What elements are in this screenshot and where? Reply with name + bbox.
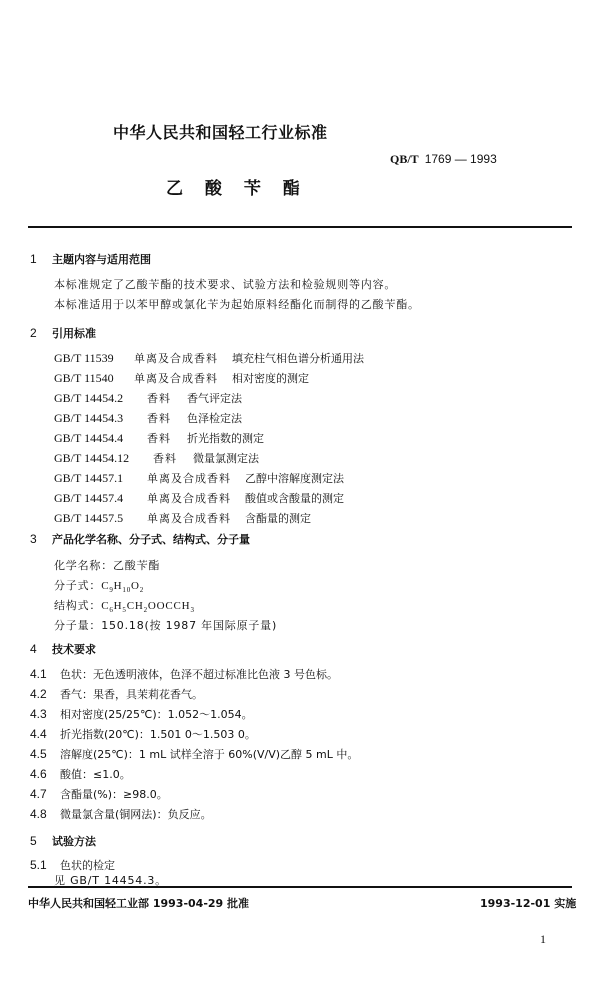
requirement-item: 4.5溶解度(25℃)：1 mL 试样全溶于 60%(V/V)乙醇 5 mL 中… [30, 746, 358, 762]
subsection-5-1: 5.1色状的检定 [30, 857, 115, 873]
ref-code: GB/T 14454.12 [54, 451, 153, 466]
ref-category: 单离及合成香料 [147, 470, 245, 486]
section-number: 4 [30, 642, 52, 656]
item-text: 折光指数(20℃)：1.501 0～1.503 0。 [60, 728, 256, 741]
section-1-paragraph-2: 本标准适用于以苯甲醇或氯化苄为起始原料经酯化而制得的乙酸苄酯。 [54, 296, 420, 312]
requirement-item: 4.2香气：果香，具茉莉花香气。 [30, 686, 203, 702]
document-title: 乙 酸 苄 酯 [166, 174, 308, 199]
section-title: 引用标准 [52, 327, 96, 340]
reference-item: GB/T 14454.3香料色泽检定法 [54, 410, 242, 426]
item-text: 相对密度(25/25℃)：1.052～1.054。 [60, 708, 253, 721]
label: 化学名称： [54, 559, 113, 572]
effective-date: 1993-12-01 实施 [480, 895, 576, 911]
ref-code: GB/T 11539 [54, 351, 134, 366]
ref-code: GB/T 14454.2 [54, 391, 147, 406]
ref-category: 香料 [153, 450, 193, 466]
reference-item: GB/T 14454.4香料折光指数的测定 [54, 430, 264, 446]
value: 乙酸苄酯 [113, 559, 160, 572]
ref-code: GB/T 14454.3 [54, 411, 147, 426]
header-divider [28, 226, 572, 228]
item-title: 色状的检定 [60, 859, 115, 872]
section-title: 主题内容与适用范围 [52, 253, 151, 266]
section-number: 1 [30, 252, 52, 266]
item-number: 5.1 [30, 858, 60, 872]
section-number: 5 [30, 834, 52, 848]
item-number: 4.7 [30, 787, 60, 801]
footer-divider [28, 886, 572, 888]
item-number: 4.8 [30, 807, 60, 821]
item-text: 微量氯含量(铜网法)：负反应。 [60, 808, 212, 821]
section-number: 3 [30, 532, 52, 546]
reference-item: GB/T 11539单离及合成香料填充柱气相色谱分析通用法 [54, 350, 364, 366]
ref-code: GB/T 11540 [54, 371, 134, 386]
section-title: 试验方法 [52, 835, 96, 848]
reference-item: GB/T 14457.5单离及合成香料含酯量的测定 [54, 510, 311, 526]
section-number: 2 [30, 326, 52, 340]
label: 分子量： [54, 619, 101, 632]
reference-item: GB/T 11540单离及合成香料相对密度的测定 [54, 370, 309, 386]
reference-item: GB/T 14454.12香料微量氯测定法 [54, 450, 259, 466]
ref-code: GB/T 14457.4 [54, 491, 147, 506]
formula-value: C9H10O2 [101, 580, 144, 592]
ref-name: 乙醇中溶解度测定法 [245, 472, 344, 485]
ref-name: 香气评定法 [187, 392, 242, 405]
item-number: 4.5 [30, 747, 60, 761]
section-5-heading: 5试验方法 [30, 833, 96, 849]
structural-formula: 结构式：C6H5CH2OOCCH3 [54, 597, 195, 614]
reference-item: GB/T 14457.1单离及合成香料乙醇中溶解度测定法 [54, 470, 344, 486]
molecular-weight: 分子量：150.18(按 1987 年国际原子量) [54, 617, 277, 633]
ref-category: 单离及合成香料 [147, 490, 245, 506]
ref-name: 填充柱气相色谱分析通用法 [232, 352, 364, 365]
chemical-name: 化学名称：乙酸苄酯 [54, 557, 160, 573]
item-number: 4.2 [30, 687, 60, 701]
requirement-item: 4.6酸值：≤1.0。 [30, 766, 131, 782]
item-number: 4.6 [30, 767, 60, 781]
ref-category: 单离及合成香料 [147, 510, 245, 526]
requirement-item: 4.3相对密度(25/25℃)：1.052～1.054。 [30, 706, 253, 722]
ref-name: 色泽检定法 [187, 412, 242, 425]
label: 分子式： [54, 579, 101, 592]
reference-item: GB/T 14457.4单离及合成香料酸值或含酸量的测定 [54, 490, 344, 506]
approval-line: 中华人民共和国轻工业部 1993-04-29 批准 [28, 895, 249, 911]
requirement-item: 4.1色状：无色透明液体，色泽不超过标准比色液 3 号色标。 [30, 666, 338, 682]
section-1-heading: 1主题内容与适用范围 [30, 251, 151, 267]
standard-number: 1769 — 1993 [425, 152, 497, 166]
requirement-item: 4.8微量氯含量(铜网法)：负反应。 [30, 806, 212, 822]
item-text: 含酯量(%)：≥98.0。 [60, 788, 168, 801]
section-title: 技术要求 [52, 643, 96, 656]
requirement-item: 4.7含酯量(%)：≥98.0。 [30, 786, 168, 802]
section-2-heading: 2引用标准 [30, 325, 96, 341]
ref-category: 单离及合成香料 [134, 370, 232, 386]
ref-category: 香料 [147, 430, 187, 446]
ref-code: GB/T 14457.1 [54, 471, 147, 486]
page-number: 1 [540, 932, 546, 947]
item-text: 溶解度(25℃)：1 mL 试样全溶于 60%(V/V)乙醇 5 mL 中。 [60, 748, 358, 761]
standard-code: QB/T1769 — 1993 [390, 152, 497, 167]
issuing-body: 中华人民共和国轻工行业标准 [113, 120, 328, 143]
ref-name: 微量氯测定法 [193, 452, 259, 465]
item-number: 4.3 [30, 707, 60, 721]
item-text: 香气：果香，具茉莉花香气。 [60, 688, 203, 701]
requirement-item: 4.4折光指数(20℃)：1.501 0～1.503 0。 [30, 726, 256, 742]
standard-prefix: QB/T [390, 152, 419, 166]
ref-code: GB/T 14454.4 [54, 431, 147, 446]
ref-name: 含酯量的测定 [245, 512, 311, 525]
structure-value: C6H5CH2OOCCH3 [101, 600, 195, 612]
ref-name: 酸值或含酸量的测定 [245, 492, 344, 505]
ref-name: 折光指数的测定 [187, 432, 264, 445]
ref-category: 单离及合成香料 [134, 350, 232, 366]
ref-code: GB/T 14457.5 [54, 511, 147, 526]
value: 150.18(按 1987 年国际原子量) [101, 619, 277, 632]
label: 结构式： [54, 599, 101, 612]
item-number: 4.4 [30, 727, 60, 741]
section-3-heading: 3产品化学名称、分子式、结构式、分子量 [30, 531, 250, 547]
ref-category: 香料 [147, 410, 187, 426]
section-title: 产品化学名称、分子式、结构式、分子量 [52, 533, 250, 546]
item-number: 4.1 [30, 667, 60, 681]
ref-category: 香料 [147, 390, 187, 406]
item-text: 酸值：≤1.0。 [60, 768, 131, 781]
molecular-formula: 分子式：C9H10O2 [54, 577, 144, 594]
item-text: 色状：无色透明液体，色泽不超过标准比色液 3 号色标。 [60, 668, 338, 681]
reference-item: GB/T 14454.2香料香气评定法 [54, 390, 242, 406]
section-1-paragraph-1: 本标准规定了乙酸苄酯的技术要求、试验方法和检验规则等内容。 [54, 276, 396, 292]
section-4-heading: 4技术要求 [30, 641, 96, 657]
ref-name: 相对密度的测定 [232, 372, 309, 385]
